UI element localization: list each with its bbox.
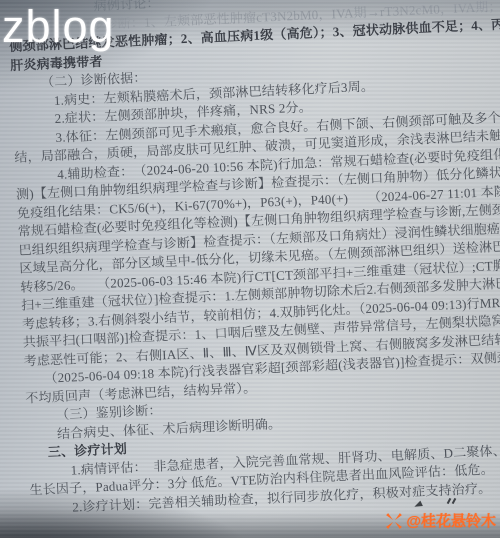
medical-record-document: 病例讨论： （一）初步诊断：1、左颊部恶性肿瘤cT3N2bM0，IVA期→rT3…: [8, 0, 500, 518]
screen-photo: zblog 病例讨论： （一）初步诊断：1、左颊部恶性肿瘤cT3N2bM0，IV…: [0, 0, 500, 538]
four-petal-flower-icon: [385, 512, 403, 530]
site-watermark-label: zblog: [2, 4, 115, 49]
author-handle: @桂花悬铃木: [406, 510, 496, 531]
author-watermark: @桂花悬铃木: [385, 510, 496, 531]
dart-mark-icon: [413, 501, 423, 510]
tick-marks-icon: [448, 498, 455, 504]
